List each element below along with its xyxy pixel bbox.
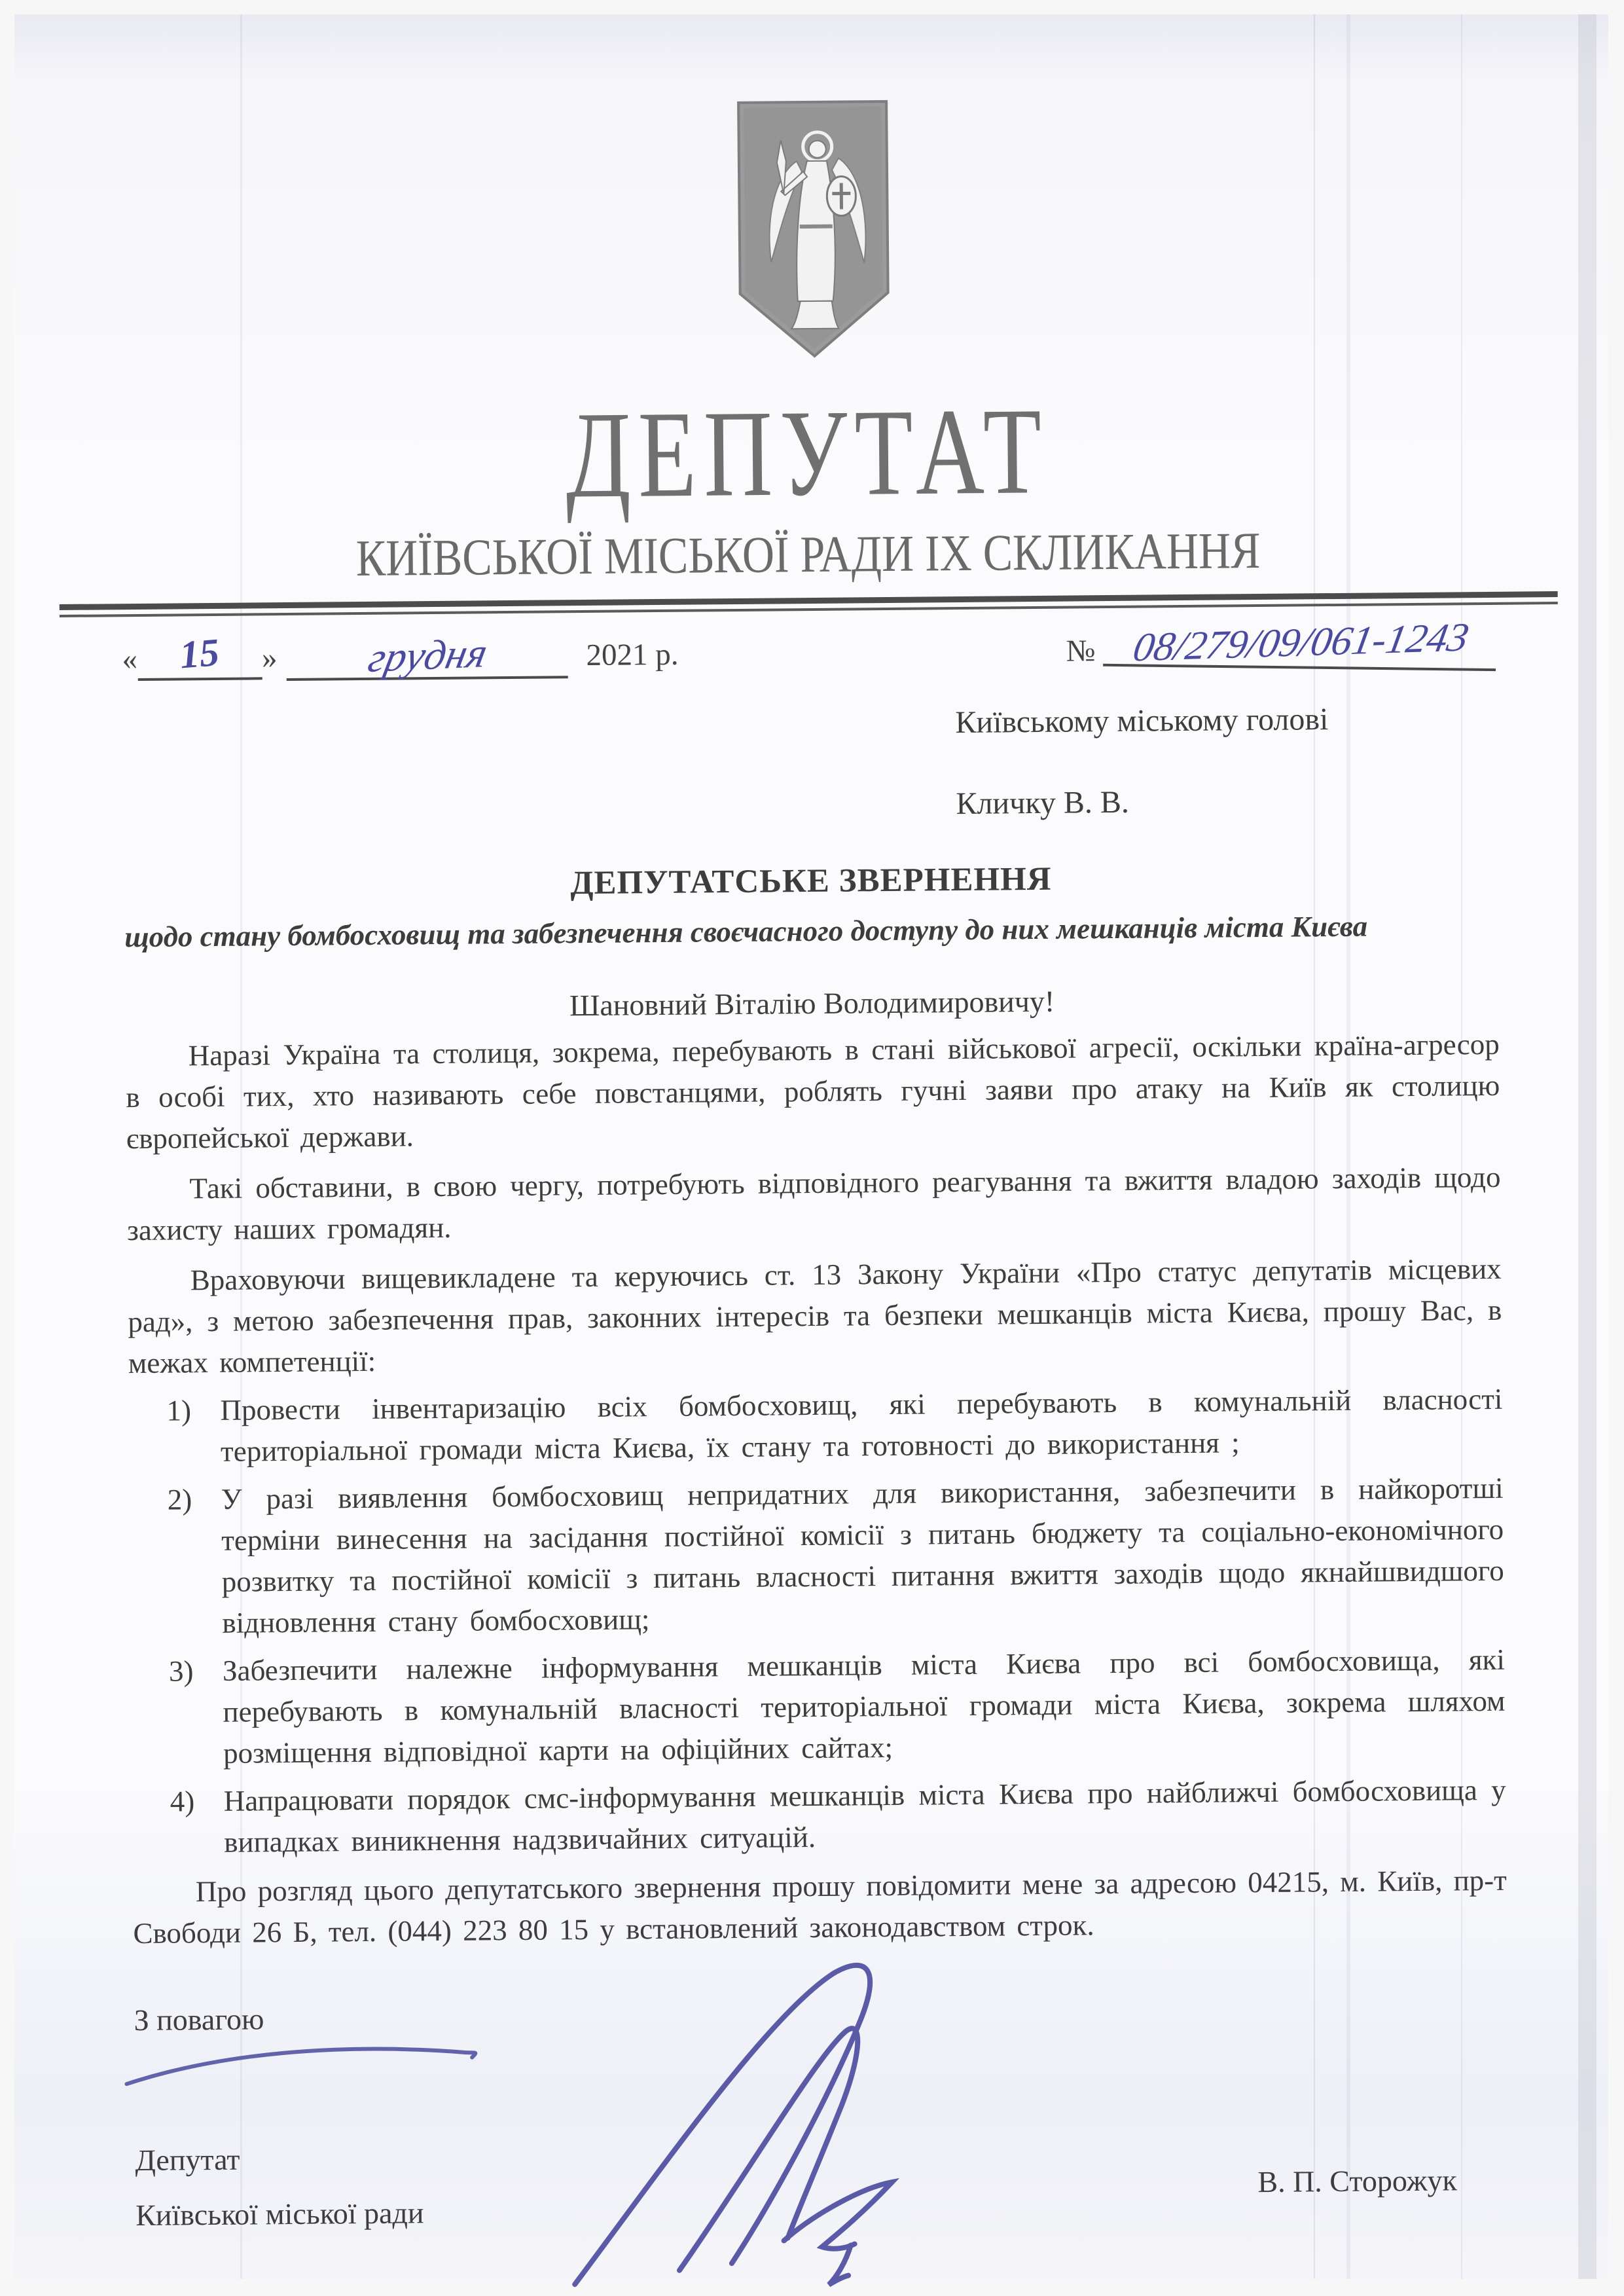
- date-day-handwritten: 15: [178, 634, 220, 673]
- date-quote-open: «: [122, 642, 137, 677]
- pen-flourish-stroke: [122, 2034, 490, 2096]
- document-subject: щодо стану бомбосховищ та забезпечення с…: [124, 904, 1498, 958]
- letterhead-title: ДЕПУТАТ: [257, 387, 1358, 520]
- kyiv-coat-of-arms-icon: [733, 98, 893, 361]
- document-title: ДЕПУТАТСЬКЕ ЗВЕРНЕННЯ: [124, 856, 1498, 905]
- list-item-number: 4): [170, 1781, 224, 1864]
- signer-name: В. П. Сторожук: [1257, 2163, 1457, 2200]
- date-month-blank: грудня: [286, 640, 568, 681]
- valediction: З повагою: [134, 2002, 264, 2038]
- letterhead-subtitle: КИЇВСЬКОЇ МІСЬКОЇ РАДИ IX СКЛИКАННЯ: [217, 524, 1399, 586]
- letterhead-divider: [60, 591, 1558, 617]
- date-quote-close: »: [262, 640, 278, 676]
- list-item-number: 1): [166, 1390, 221, 1473]
- signer-position-line2: Київської міської ради: [135, 2198, 424, 2231]
- divider-thick-line: [60, 591, 1558, 610]
- signer-position-line1: Депутат: [135, 2143, 424, 2176]
- signature-ink: [552, 1954, 988, 2296]
- number-line: № 08/279/09/061-1243: [1066, 630, 1496, 669]
- number-handwritten: 08/279/09/061-1243: [1130, 621, 1471, 664]
- number-blank: 08/279/09/061-1243: [1103, 631, 1496, 671]
- signature-block: З повагою Депутат Київської міської ради: [134, 1991, 1510, 2284]
- paragraph-1: Наразі Україна та столиця, зокрема, пере…: [126, 1024, 1501, 1159]
- list-item-text: Провести інвентаризацію всіх бомбосховищ…: [220, 1379, 1503, 1472]
- date-month-handwritten: грудня: [365, 635, 490, 676]
- date-year: 2021 р.: [586, 637, 678, 673]
- addressee-block: Київському міському голові Кличку В. В.: [955, 699, 1498, 822]
- list-item-text: Забезпечити належне інформування мешканц…: [223, 1639, 1506, 1774]
- paper-sheet: ДЕПУТАТ КИЇВСЬКОЇ МІСЬКОЇ РАДИ IX СКЛИКА…: [14, 14, 1608, 2279]
- paragraph-2: Такі обставини, в свою чергу, потребують…: [126, 1157, 1501, 1251]
- closing-paragraph: Про розгляд цього депутатського зверненн…: [133, 1860, 1507, 1954]
- meta-row: « 15 » грудня 2021 р. № 08/279/09/061-12…: [122, 627, 1496, 678]
- letter-content: ДЕПУТАТ КИЇВСЬКОЇ МІСЬКОЇ РАДИ IX СКЛИКА…: [7, 7, 1620, 2286]
- list-item-text: Напрацювати порядок смс-інформування меш…: [223, 1770, 1506, 1863]
- signer-position: Депутат Київської міської ради: [135, 2143, 424, 2231]
- list-item-number: 3): [169, 1650, 224, 1775]
- date-line: « 15 » грудня 2021 р.: [122, 634, 678, 678]
- salutation: Шановний Віталію Володимировичу!: [125, 980, 1499, 1027]
- list-item-number: 2): [167, 1479, 222, 1645]
- list-item: 1) Провести інвентаризацію всіх бомбосхо…: [166, 1379, 1503, 1473]
- list-item: 2) У разі виявлення бомбосховищ непридат…: [167, 1468, 1504, 1645]
- list-item: 4) Напрацювати порядок смс-інформування …: [170, 1770, 1506, 1864]
- request-list: 1) Провести інвентаризацію всіх бомбосхо…: [166, 1379, 1506, 1864]
- date-day-blank: 15: [137, 642, 262, 682]
- list-item: 3) Забезпечити належне інформування мешк…: [169, 1639, 1506, 1775]
- number-label: №: [1066, 634, 1095, 669]
- scanned-document: ДЕПУТАТ КИЇВСЬКОЇ МІСЬКОЇ РАДИ IX СКЛИКА…: [0, 0, 1624, 2296]
- addressee-name: Кличку В. В.: [956, 780, 1497, 823]
- list-item-text: У разі виявлення бомбосховищ непридатних…: [221, 1468, 1504, 1644]
- paragraph-3: Враховуючи вищевикладене та керуючись ст…: [127, 1248, 1502, 1384]
- addressee-position: Київському міському голові: [955, 699, 1496, 742]
